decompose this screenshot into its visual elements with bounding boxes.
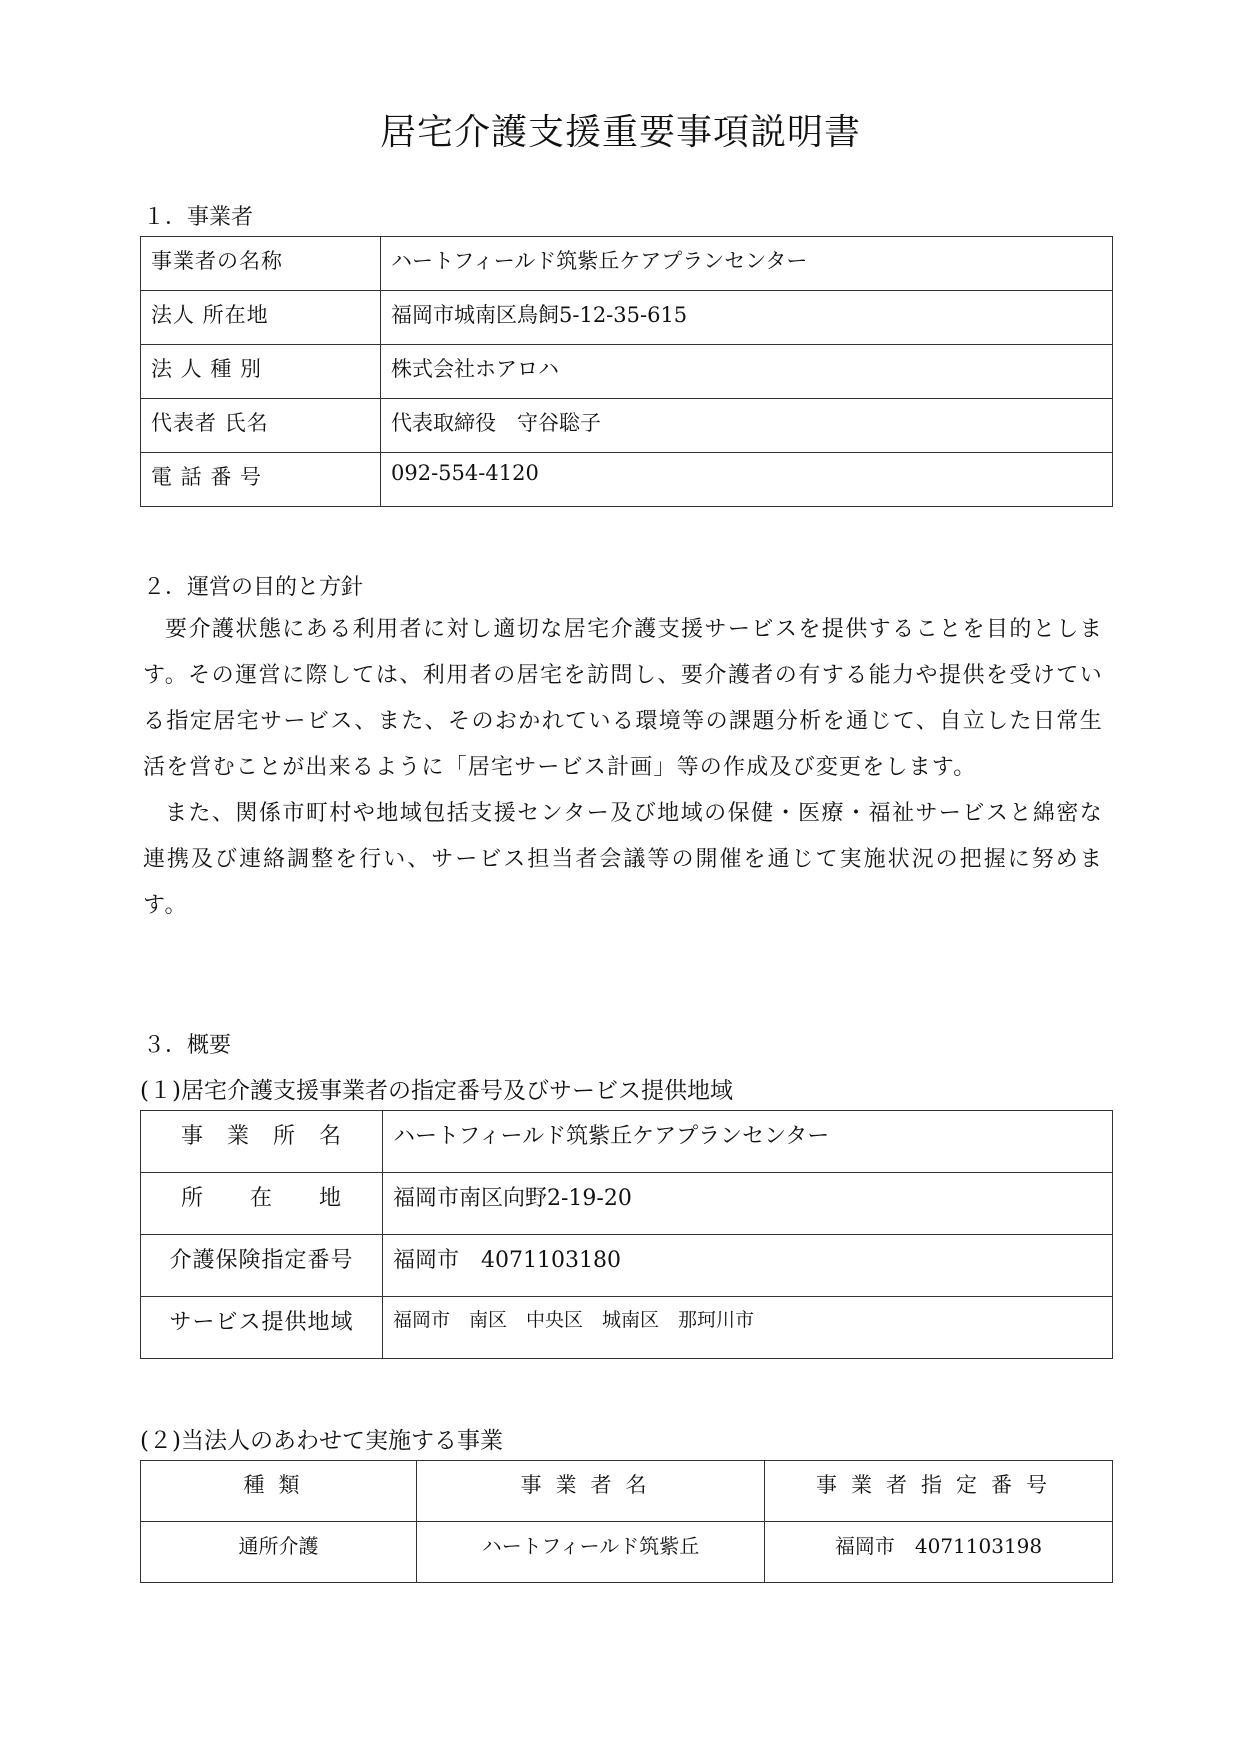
- section2-heading: ２．運営の目的と方針: [143, 570, 363, 601]
- business-number-value: 福岡市 4071103198: [765, 1522, 1112, 1559]
- row-label: 事 業 所 名: [141, 1111, 382, 1150]
- subsection2-heading: (２)当法人のあわせて実施する事業: [140, 1422, 503, 1455]
- section3-heading: ３．概要: [143, 1028, 231, 1059]
- document-title: 居宅介護支援重要事項説明書: [0, 104, 1241, 155]
- table-row: 法人 所在地 福岡市城南区鳥飼5-12-35-615: [141, 291, 1113, 345]
- company-name-value: ハートフィールド筑紫丘ケアプランセンター: [381, 237, 1112, 275]
- row-label: 事業者の名称: [141, 237, 380, 275]
- table-row: 事業者の名称 ハートフィールド筑紫丘ケアプランセンター: [141, 237, 1113, 291]
- business-name-value: ハートフィールド筑紫丘: [417, 1522, 764, 1559]
- row-label: 介護保険指定番号: [141, 1235, 382, 1274]
- additional-business-table: 種類 事業者名 事業者指定番号 通所介護 ハートフィールド筑紫丘 福岡市 407…: [140, 1460, 1113, 1583]
- corporate-address-value: 福岡市城南区鳥飼5-12-35-615: [381, 291, 1112, 329]
- section1-heading: １．事業者: [143, 200, 253, 231]
- paragraph: 要介護状態にある利用者に対し適切な居宅介護支援サービスを提供することを目的としま…: [143, 607, 1103, 791]
- row-label: 電 話 番 号: [141, 453, 380, 491]
- office-designation-table: 事 業 所 名 ハートフィールド筑紫丘ケアプランセンター 所 在 地 福岡市南区…: [140, 1110, 1113, 1359]
- table-row: 介護保険指定番号 福岡市 4071103180: [141, 1235, 1113, 1297]
- column-header-number: 事業者指定番号: [765, 1461, 1112, 1499]
- paragraph: また、関係市町村や地域包括支援センター及び地域の保健・医療・福祉サービスと綿密な…: [143, 791, 1103, 929]
- service-area-value: 福岡市 南区 中央区 城南区 那珂川市: [383, 1297, 1112, 1332]
- table-header-row: 種類 事業者名 事業者指定番号: [141, 1461, 1113, 1522]
- company-info-table: 事業者の名称 ハートフィールド筑紫丘ケアプランセンター 法人 所在地 福岡市城南…: [140, 236, 1113, 507]
- office-address-value: 福岡市南区向野2-19-20: [383, 1173, 1112, 1212]
- table-row: 所 在 地 福岡市南区向野2-19-20: [141, 1173, 1113, 1235]
- column-header-type: 種類: [141, 1461, 416, 1499]
- table-row: 通所介護 ハートフィールド筑紫丘 福岡市 4071103198: [141, 1522, 1113, 1583]
- table-row: 法 人 種 別 株式会社ホアロハ: [141, 345, 1113, 399]
- phone-number-value: 092-554-4120: [381, 453, 1112, 485]
- business-type-value: 通所介護: [141, 1522, 416, 1559]
- table-row: 電 話 番 号 092-554-4120: [141, 453, 1113, 507]
- subsection1-heading: (１)居宅介護支援事業者の指定番号及びサービス提供地域: [140, 1072, 733, 1105]
- representative-value: 代表取締役 守谷聡子: [381, 399, 1112, 437]
- row-label: 代表者 氏名: [141, 399, 380, 437]
- row-label: 所 在 地: [141, 1173, 382, 1212]
- table-row: 事 業 所 名 ハートフィールド筑紫丘ケアプランセンター: [141, 1111, 1113, 1173]
- table-row: サービス提供地域 福岡市 南区 中央区 城南区 那珂川市: [141, 1297, 1113, 1359]
- corporate-type-value: 株式会社ホアロハ: [381, 345, 1112, 383]
- insurance-number-value: 福岡市 4071103180: [383, 1235, 1112, 1274]
- office-name-value: ハートフィールド筑紫丘ケアプランセンター: [383, 1111, 1112, 1150]
- column-header-name: 事業者名: [417, 1461, 764, 1499]
- row-label: 法 人 種 別: [141, 345, 380, 383]
- purpose-policy-text: 要介護状態にある利用者に対し適切な居宅介護支援サービスを提供することを目的としま…: [143, 607, 1103, 929]
- table-row: 代表者 氏名 代表取締役 守谷聡子: [141, 399, 1113, 453]
- row-label: 法人 所在地: [141, 291, 380, 329]
- row-label: サービス提供地域: [141, 1297, 382, 1336]
